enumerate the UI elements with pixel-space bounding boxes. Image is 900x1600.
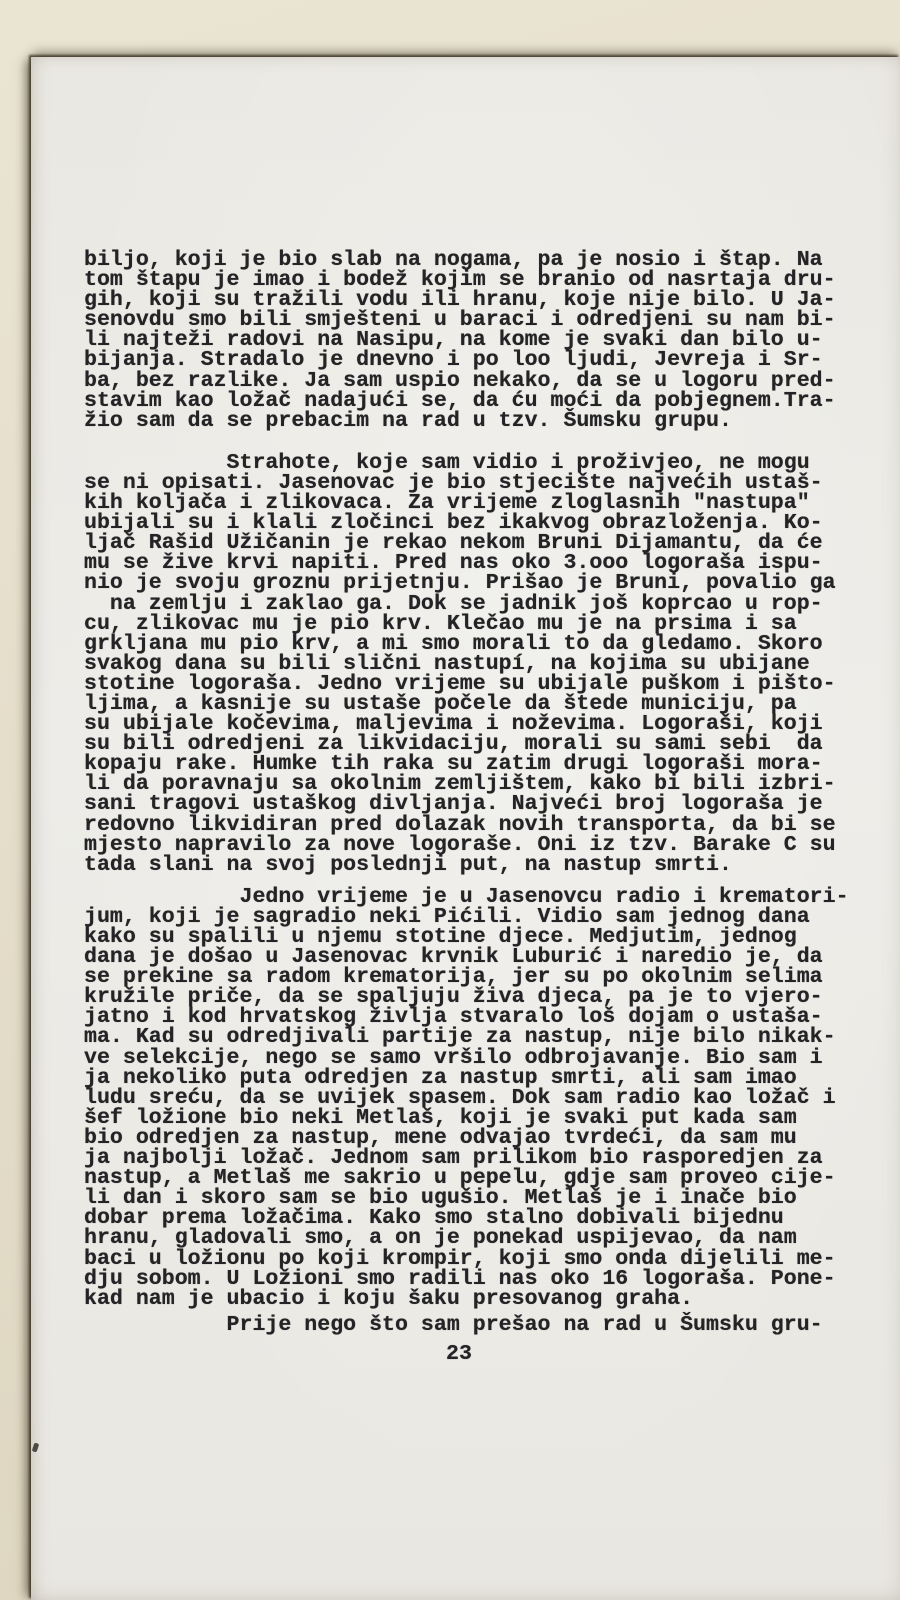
text-line: se prekine sa radom krematorija, jer su …: [84, 967, 849, 987]
text-line: gih, koji su tražili vodu ili hranu, koj…: [84, 290, 849, 310]
text-line: bijanja. Stradalo je dnevno i po loo lju…: [84, 350, 849, 370]
text-line: li najteži radovi na Nasipu, na kome je …: [84, 330, 849, 350]
text-line: ma. Kad su odredjivali partije za nastup…: [84, 1027, 849, 1047]
paragraph: Strahote, koje sam vidio i proživjeo, ne…: [84, 453, 849, 875]
text-line: Strahote, koje sam vidio i proživjeo, ne…: [84, 453, 849, 473]
text-line: ve selekcije, nego se samo vršilo odbroj…: [84, 1048, 849, 1068]
text-line: bio odredjen za nastup, mene odvajao tvr…: [84, 1128, 849, 1148]
text-line: na zemlju i zaklao ga. Dok se jadnik još…: [84, 594, 849, 614]
text-line: sani tragovi ustaškog divljanja. Najveći…: [84, 794, 849, 814]
text-line: ja najbolji ložač. Jednom sam prilikom b…: [84, 1148, 849, 1168]
text-line: se ni opisati. Jasenovac je bio stjecišt…: [84, 473, 849, 493]
text-line: tom štapu je imao i bodež kojim se brani…: [84, 270, 849, 290]
text-line: cu, zlikovac mu je pio krv. Klečao mu je…: [84, 614, 849, 634]
text-line: mjesto napravilo za nove logoraše. Oni i…: [84, 835, 849, 855]
text-line: su bili odredjeni za likvidaciju, morali…: [84, 734, 849, 754]
text-line: kih koljača i zlikovaca. Za vrijeme zlog…: [84, 493, 849, 513]
text-line: stavim kao ložač nadajući se, da ću moći…: [84, 391, 849, 411]
paragraph: Prije nego što sam prešao na rad u Šumsk…: [84, 1315, 849, 1335]
photo-background: biljo, koji je bio slab na nogama, pa je…: [0, 0, 900, 1600]
text-line: Jedno vrijeme je u Jasenovcu radio i kre…: [84, 887, 849, 907]
text-line: ja nekoliko puta odredjen za nastup smrt…: [84, 1068, 849, 1088]
text-line: Prije nego što sam prešao na rad u Šumsk…: [84, 1315, 849, 1335]
text-line: baci u ložionu po koji krompir, koji smo…: [84, 1249, 849, 1269]
text-line: dobar prema ložačima. Kako smo stalno do…: [84, 1208, 849, 1228]
text-line: mu se žive krvi napiti. Pred nas oko 3.o…: [84, 553, 849, 573]
text-line: senovdu smo bili smješteni u baraci i od…: [84, 310, 849, 330]
text-line: ljač Rašid Užičanin je rekao nekom Bruni…: [84, 533, 849, 553]
text-line: redovno likvidiran pred dolazak novih tr…: [84, 815, 849, 835]
text-line: kako su spalili u njemu stotine djece. M…: [84, 927, 849, 947]
paragraph: Jedno vrijeme je u Jasenovcu radio i kre…: [84, 887, 849, 1309]
page-number: 23: [446, 1343, 472, 1365]
text-line: stotine logoraša. Jedno vrijeme su ubija…: [84, 674, 849, 694]
text-line: hranu, gladovali smo, a on je ponekad us…: [84, 1228, 849, 1248]
document-page: biljo, koji je bio slab na nogama, pa je…: [31, 57, 900, 1600]
text-line: biljo, koji je bio slab na nogama, pa je…: [84, 250, 849, 270]
text-line: li dan i skoro sam se bio ugušio. Metlaš…: [84, 1188, 849, 1208]
text-line: nio je svoju groznu prijetnju. Prišao je…: [84, 573, 849, 593]
text-line: nastup, a Metlaš me sakrio u pepelu, gdj…: [84, 1168, 849, 1188]
text-line: dju sobom. U Ložioni smo radili nas oko …: [84, 1269, 849, 1289]
text-line: ljima, a kasnije su ustaše počele da šte…: [84, 694, 849, 714]
text-line: tada slani na svoj poslednji put, na nas…: [84, 855, 849, 875]
paragraph: biljo, koji je bio slab na nogama, pa je…: [84, 250, 849, 431]
text-line: svakog dana su bili slični nastupí, na k…: [84, 654, 849, 674]
text-line: ba, bez razlike. Ja sam uspio nekako, da…: [84, 371, 849, 391]
text-line: su ubijale kočevima, maljevima i noževim…: [84, 714, 849, 734]
text-line: li da poravnaju sa okolnim zemljištem, k…: [84, 774, 849, 794]
text-line: šef ložione bio neki Metlaš, koji je sva…: [84, 1108, 849, 1128]
text-line: ubijali su i klali zločinci bez ikakvog …: [84, 513, 849, 533]
text-line: ludu sreću, da se uvijek spasem. Dok sam…: [84, 1088, 849, 1108]
text-line: kad nam je ubacio i koju šaku presovanog…: [84, 1289, 849, 1309]
typewritten-text: biljo, koji je bio slab na nogama, pa je…: [84, 250, 849, 1335]
text-line: kopaju rake. Humke tih raka su zatim dru…: [84, 754, 849, 774]
text-line: grkljana mu pio krv, a mi smo morali to …: [84, 634, 849, 654]
text-line: kružile priče, da se spaljuju živa djeca…: [84, 987, 849, 1007]
text-line: jatno i kod hrvatskog življa stvaralo lo…: [84, 1007, 849, 1027]
text-line: dana je došao u Jasenovac krvnik Luburić…: [84, 947, 849, 967]
text-line: žio sam da se prebacim na rad u tzv. Šum…: [84, 411, 849, 431]
text-line: jum, koji je sagradio neki Pićili. Vidio…: [84, 907, 849, 927]
